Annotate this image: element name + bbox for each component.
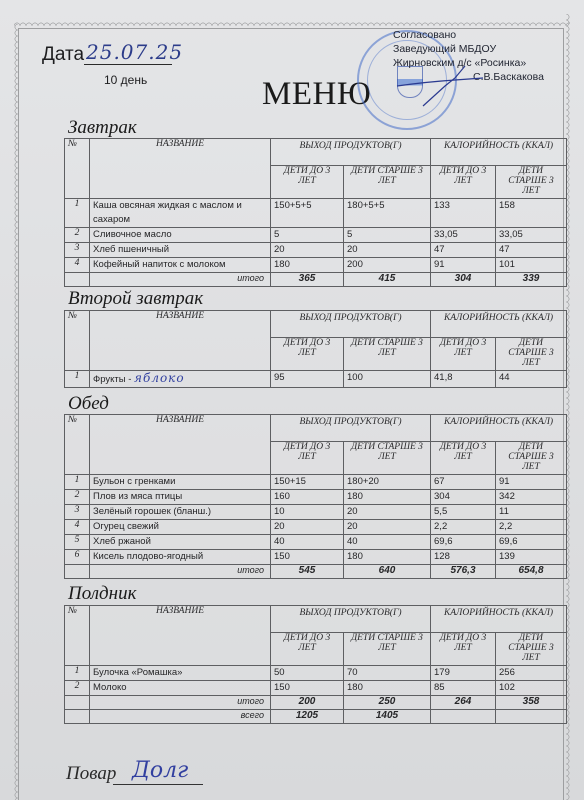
- table-row: 6Кисель плодово-ягодный150180128139: [65, 550, 567, 565]
- column-header-num: №: [65, 139, 90, 199]
- dish-name-cell: Фрукты - яблоко: [90, 371, 271, 388]
- grand-total-row-label: всего: [90, 710, 271, 724]
- grand-total-row-yield-under3: 1205: [271, 710, 344, 724]
- cell-kcal-over3: 44: [496, 371, 567, 388]
- dish-name-cell: Сливочное масло: [90, 228, 271, 243]
- column-header-name: НАЗВАНИЕ: [90, 606, 271, 666]
- cell-kcal-under3: 128: [431, 550, 496, 565]
- row-number: 3: [65, 243, 90, 258]
- row-number: 2: [65, 681, 90, 696]
- dish-name-cell: Зелёный горошек (бланш.): [90, 505, 271, 520]
- total-row-kcal-under3: 576,3: [431, 565, 496, 579]
- total-row-yield-over3: 415: [344, 273, 431, 287]
- cook-signature: Долг: [132, 758, 188, 783]
- cell-kcal-over3: 158: [496, 199, 567, 228]
- dish-name-cell: Хлеб пшеничный: [90, 243, 271, 258]
- cell-yield-over3: 180: [344, 681, 431, 696]
- section-title-second-breakfast: Второй завтрак: [68, 288, 203, 310]
- cell-yield-over3: 180+20: [344, 475, 431, 490]
- row-number: 6: [65, 550, 90, 565]
- cell-yield-under3: 150: [271, 681, 344, 696]
- day-label: 10 день: [104, 73, 147, 87]
- decorative-border-left: [10, 24, 18, 800]
- decorative-border-top: [14, 18, 570, 26]
- column-header-name: НАЗВАНИЕ: [90, 139, 271, 199]
- dish-name-cell: Хлеб ржаной: [90, 535, 271, 550]
- cell-kcal-under3: 41,8: [431, 371, 496, 388]
- row-number: 1: [65, 371, 90, 388]
- column-header-yield-over3: ДЕТИ СТАРШЕ 3 ЛЕТ: [344, 442, 431, 475]
- total-row-yield-over3: 640: [344, 565, 431, 579]
- column-header-calories: КАЛОРИЙНОСТЬ (ККАЛ): [431, 606, 567, 633]
- dish-name-cell: Кофейный напиток с молоком: [90, 258, 271, 273]
- cell-yield-over3: 70: [344, 666, 431, 681]
- column-header-kcal-under3: ДЕТИ ДО 3 ЛЕТ: [431, 166, 496, 199]
- dish-name: Булочка «Ромашка»: [93, 667, 182, 678]
- column-header-calories: КАЛОРИЙНОСТЬ (ККАЛ): [431, 139, 567, 166]
- cell-kcal-over3: 101: [496, 258, 567, 273]
- column-header-kcal-over3: ДЕТИ СТАРШЕ 3 ЛЕТ: [496, 442, 567, 475]
- total-row-label: итого: [90, 273, 271, 287]
- cell-kcal-over3: 256: [496, 666, 567, 681]
- approval-line-2: Заведующий МБДОУ: [393, 42, 544, 56]
- section-title-breakfast: Завтрак: [68, 117, 137, 139]
- total-row-kcal-over3: 358: [496, 696, 567, 710]
- cell-yield-under3: 5: [271, 228, 344, 243]
- total-row-yield-under3: 365: [271, 273, 344, 287]
- cell-kcal-over3: 33,05: [496, 228, 567, 243]
- column-header-yield-under3: ДЕТИ ДО 3 ЛЕТ: [271, 633, 344, 666]
- cell-kcal-under3: 179: [431, 666, 496, 681]
- cell-kcal-over3: 139: [496, 550, 567, 565]
- column-header-yield-under3: ДЕТИ ДО 3 ЛЕТ: [271, 166, 344, 199]
- cell-yield-over3: 20: [344, 243, 431, 258]
- decorative-border-right: [566, 14, 574, 800]
- cell-yield-over3: 180: [344, 550, 431, 565]
- dish-name: Огурец свежий: [93, 521, 159, 532]
- header-row: №НАЗВАНИЕВЫХОД ПРОДУКТОВ(Г)КАЛОРИЙНОСТЬ …: [65, 606, 567, 633]
- table-row: 2Молоко15018085102: [65, 681, 567, 696]
- dish-name-cell: Каша овсяная жидкая с маслом и сахаром: [90, 199, 271, 228]
- date-label: Дата: [42, 44, 84, 66]
- column-header-kcal-under3: ДЕТИ ДО 3 ЛЕТ: [431, 442, 496, 475]
- table-row: 2Плов из мяса птицы160180304342: [65, 490, 567, 505]
- empty-cell: [65, 696, 90, 710]
- cell-kcal-over3: 2,2: [496, 520, 567, 535]
- total-row-kcal-over3: 654,8: [496, 565, 567, 579]
- grand-total-row-kcal-under3: [431, 710, 496, 724]
- grand-total-row-yield-over3: 1405: [344, 710, 431, 724]
- total-row-yield-under3: 545: [271, 565, 344, 579]
- cell-yield-over3: 20: [344, 520, 431, 535]
- cell-yield-over3: 5: [344, 228, 431, 243]
- table-row: 4Огурец свежий20202,22,2: [65, 520, 567, 535]
- column-header-num: №: [65, 606, 90, 666]
- cell-yield-under3: 160: [271, 490, 344, 505]
- table-row: 2Сливочное масло5533,0533,05: [65, 228, 567, 243]
- header-row: №НАЗВАНИЕВЫХОД ПРОДУКТОВ(Г)КАЛОРИЙНОСТЬ …: [65, 139, 567, 166]
- column-header-yield-under3: ДЕТИ ДО 3 ЛЕТ: [271, 338, 344, 371]
- dish-name: Сливочное масло: [93, 229, 172, 240]
- cell-yield-under3: 40: [271, 535, 344, 550]
- snack-table: №НАЗВАНИЕВЫХОД ПРОДУКТОВ(Г)КАЛОРИЙНОСТЬ …: [64, 605, 567, 724]
- column-header-yield: ВЫХОД ПРОДУКТОВ(Г): [271, 139, 431, 166]
- grand-total-row: всего12051405: [65, 710, 567, 724]
- cell-kcal-under3: 2,2: [431, 520, 496, 535]
- row-number: 2: [65, 490, 90, 505]
- cell-kcal-over3: 102: [496, 681, 567, 696]
- cell-yield-over3: 100: [344, 371, 431, 388]
- dish-name-cell: Кисель плодово-ягодный: [90, 550, 271, 565]
- table-row: 3Зелёный горошек (бланш.)10205,511: [65, 505, 567, 520]
- total-row-label: итого: [90, 565, 271, 579]
- cell-kcal-over3: 69,6: [496, 535, 567, 550]
- cell-kcal-under3: 85: [431, 681, 496, 696]
- table-row: 4Кофейный напиток с молоком18020091101: [65, 258, 567, 273]
- dish-name: Кофейный напиток с молоком: [93, 259, 226, 270]
- table-row: 1Каша овсяная жидкая с маслом и сахаром1…: [65, 199, 567, 228]
- column-header-kcal-over3: ДЕТИ СТАРШЕ 3 ЛЕТ: [496, 166, 567, 199]
- breakfast-table: №НАЗВАНИЕВЫХОД ПРОДУКТОВ(Г)КАЛОРИЙНОСТЬ …: [64, 138, 567, 287]
- cell-yield-under3: 150+5+5: [271, 199, 344, 228]
- menu-sheet: Дата 25.07.25 10 день МЕНЮ Согласовано З…: [0, 0, 584, 800]
- table-row: 1Бульон с гренками150+15180+206791: [65, 475, 567, 490]
- total-row-label: итого: [90, 696, 271, 710]
- header-row: №НАЗВАНИЕВЫХОД ПРОДУКТОВ(Г)КАЛОРИЙНОСТЬ …: [65, 311, 567, 338]
- cell-kcal-under3: 47: [431, 243, 496, 258]
- grand-total-row-kcal-over3: [496, 710, 567, 724]
- cell-yield-over3: 200: [344, 258, 431, 273]
- column-header-calories: КАЛОРИЙНОСТЬ (ККАЛ): [431, 311, 567, 338]
- column-header-kcal-over3: ДЕТИ СТАРШЕ 3 ЛЕТ: [496, 633, 567, 666]
- cell-kcal-under3: 69,6: [431, 535, 496, 550]
- page-title: МЕНЮ: [262, 76, 371, 113]
- cell-kcal-over3: 91: [496, 475, 567, 490]
- row-number: 5: [65, 535, 90, 550]
- table-row: 1Фрукты - яблоко9510041,844: [65, 371, 567, 388]
- total-row: итого365415304339: [65, 273, 567, 287]
- date-value: 25.07.25: [86, 40, 183, 64]
- empty-cell: [65, 710, 90, 724]
- dish-name: Каша овсяная жидкая с маслом и сахаром: [93, 200, 242, 225]
- row-number: 4: [65, 520, 90, 535]
- total-row-kcal-over3: 339: [496, 273, 567, 287]
- cell-kcal-over3: 342: [496, 490, 567, 505]
- dish-name-cell: Плов из мяса птицы: [90, 490, 271, 505]
- row-number: 4: [65, 258, 90, 273]
- dish-handwritten-note: яблоко: [134, 371, 185, 385]
- signature-stroke-icon: [395, 58, 485, 108]
- cell-yield-under3: 20: [271, 520, 344, 535]
- column-header-yield: ВЫХОД ПРОДУКТОВ(Г): [271, 415, 431, 442]
- dish-name: Хлеб ржаной: [93, 536, 151, 547]
- cell-kcal-under3: 91: [431, 258, 496, 273]
- cell-yield-under3: 180: [271, 258, 344, 273]
- row-number: 2: [65, 228, 90, 243]
- dish-name-cell: Молоко: [90, 681, 271, 696]
- section-title-lunch: Обед: [68, 393, 109, 415]
- column-header-num: №: [65, 415, 90, 475]
- column-header-yield: ВЫХОД ПРОДУКТОВ(Г): [271, 606, 431, 633]
- second-breakfast-table: №НАЗВАНИЕВЫХОД ПРОДУКТОВ(Г)КАЛОРИЙНОСТЬ …: [64, 310, 567, 388]
- cook-signature-line: [113, 784, 203, 785]
- column-header-yield: ВЫХОД ПРОДУКТОВ(Г): [271, 311, 431, 338]
- cell-kcal-over3: 47: [496, 243, 567, 258]
- row-number: 1: [65, 475, 90, 490]
- total-row-yield-over3: 250: [344, 696, 431, 710]
- dish-name: Плов из мяса птицы: [93, 491, 182, 502]
- total-row-kcal-under3: 264: [431, 696, 496, 710]
- dish-name-cell: Огурец свежий: [90, 520, 271, 535]
- cell-yield-under3: 10: [271, 505, 344, 520]
- dish-name-cell: Булочка «Ромашка»: [90, 666, 271, 681]
- column-header-name: НАЗВАНИЕ: [90, 415, 271, 475]
- dish-name: Молоко: [93, 682, 127, 693]
- column-header-yield-under3: ДЕТИ ДО 3 ЛЕТ: [271, 442, 344, 475]
- table-row: 1Булочка «Ромашка»5070179256: [65, 666, 567, 681]
- approval-line-1: Согласовано: [393, 28, 544, 42]
- column-header-yield-over3: ДЕТИ СТАРШЕ 3 ЛЕТ: [344, 633, 431, 666]
- empty-cell: [65, 565, 90, 579]
- cell-yield-under3: 150: [271, 550, 344, 565]
- cell-yield-under3: 95: [271, 371, 344, 388]
- dish-name: Хлеб пшеничный: [93, 244, 169, 255]
- total-row-kcal-under3: 304: [431, 273, 496, 287]
- cell-kcal-under3: 33,05: [431, 228, 496, 243]
- row-number: 1: [65, 199, 90, 228]
- column-header-kcal-over3: ДЕТИ СТАРШЕ 3 ЛЕТ: [496, 338, 567, 371]
- column-header-name: НАЗВАНИЕ: [90, 311, 271, 371]
- cell-kcal-under3: 5,5: [431, 505, 496, 520]
- cell-kcal-under3: 304: [431, 490, 496, 505]
- total-row-yield-under3: 200: [271, 696, 344, 710]
- total-row: итого545640576,3654,8: [65, 565, 567, 579]
- cell-yield-under3: 150+15: [271, 475, 344, 490]
- column-header-yield-over3: ДЕТИ СТАРШЕ 3 ЛЕТ: [344, 338, 431, 371]
- dish-name: Фрукты -: [93, 374, 131, 385]
- table-row: 5Хлеб ржаной404069,669,6: [65, 535, 567, 550]
- row-number: 3: [65, 505, 90, 520]
- dish-name-cell: Бульон с гренками: [90, 475, 271, 490]
- empty-cell: [65, 273, 90, 287]
- cell-kcal-under3: 133: [431, 199, 496, 228]
- cell-yield-over3: 40: [344, 535, 431, 550]
- column-header-kcal-under3: ДЕТИ ДО 3 ЛЕТ: [431, 633, 496, 666]
- column-header-kcal-under3: ДЕТИ ДО 3 ЛЕТ: [431, 338, 496, 371]
- dish-name: Кисель плодово-ягодный: [93, 551, 203, 562]
- cell-yield-under3: 20: [271, 243, 344, 258]
- cell-kcal-over3: 11: [496, 505, 567, 520]
- date-underline: [84, 64, 172, 65]
- cell-yield-over3: 180+5+5: [344, 199, 431, 228]
- dish-name: Зелёный горошек (бланш.): [93, 506, 211, 517]
- cell-yield-under3: 50: [271, 666, 344, 681]
- dish-name: Бульон с гренками: [93, 476, 175, 487]
- cook-label: Повар: [66, 763, 116, 785]
- column-header-yield-over3: ДЕТИ СТАРШЕ 3 ЛЕТ: [344, 166, 431, 199]
- section-title-snack: Полдник: [68, 583, 136, 605]
- lunch-table: №НАЗВАНИЕВЫХОД ПРОДУКТОВ(Г)КАЛОРИЙНОСТЬ …: [64, 414, 567, 579]
- row-number: 1: [65, 666, 90, 681]
- cell-yield-over3: 180: [344, 490, 431, 505]
- column-header-calories: КАЛОРИЙНОСТЬ (ККАЛ): [431, 415, 567, 442]
- table-row: 3Хлеб пшеничный20204747: [65, 243, 567, 258]
- total-row: итого200250264358: [65, 696, 567, 710]
- header-row: №НАЗВАНИЕВЫХОД ПРОДУКТОВ(Г)КАЛОРИЙНОСТЬ …: [65, 415, 567, 442]
- cell-kcal-under3: 67: [431, 475, 496, 490]
- column-header-num: №: [65, 311, 90, 371]
- cell-yield-over3: 20: [344, 505, 431, 520]
